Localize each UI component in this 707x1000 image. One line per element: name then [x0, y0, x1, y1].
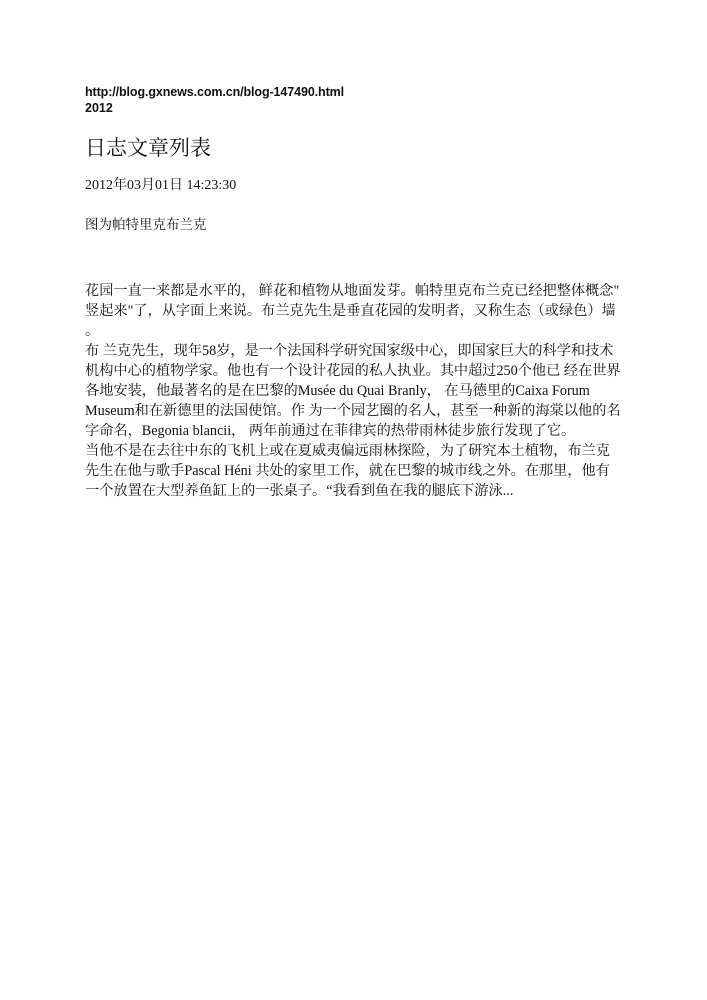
body-line: 竖起来"了，从字面上来说。布兰克先生是垂直花园的发明者，又称生态（或绿色）墙 — [85, 301, 635, 321]
post-datetime: 2012年03月01日 14:23:30 — [85, 177, 236, 195]
body-line: Museum和在新德里的法国使馆。作 为一个园艺圈的名人，甚至一种新的海棠以他的… — [85, 401, 635, 421]
body-line: 先生在他与歌手Pascal Héni 共处的家里工作，就在巴黎的城市线之外。在那… — [85, 461, 635, 481]
image-caption: 图为帕特里克布兰克 — [85, 216, 207, 234]
body-line: 花园一直一来都是水平的， 鲜花和植物从地面发芽。帕特里克布兰克已经把整体概念" — [85, 281, 635, 301]
body-line: 字命名，Begonia blancii， 两年前通过在菲律宾的热带雨林徒步旅行发… — [85, 421, 635, 441]
page-title: 日志文章列表 — [85, 134, 211, 162]
body-line: 一个放置在大型养鱼缸上的一张桌子。“我看到鱼在我的腿底下游泳... — [85, 481, 635, 501]
source-url: http://blog.gxnews.com.cn/blog-147490.ht… — [85, 84, 344, 100]
body-line: 机构中心的植物学家。他也有一个设计花园的私人执业。其中超过250个他已 经在世界 — [85, 361, 635, 381]
body-line: 布 兰克先生，现年58岁，是一个法国科学研究国家级中心，即国家巨大的科学和技术 — [85, 341, 635, 361]
year-label: 2012 — [85, 100, 113, 116]
article-body: 花园一直一来都是水平的， 鲜花和植物从地面发芽。帕特里克布兰克已经把整体概念" … — [85, 281, 635, 501]
body-line: 当他不是在去往中东的飞机上或在夏威夷偏远雨林探险，为了研究本土植物，布兰克 — [85, 441, 635, 461]
body-line: 各地安装，他最著名的是在巴黎的Musée du Quai Branly， 在马德… — [85, 381, 635, 401]
body-line: 。 — [85, 321, 635, 341]
